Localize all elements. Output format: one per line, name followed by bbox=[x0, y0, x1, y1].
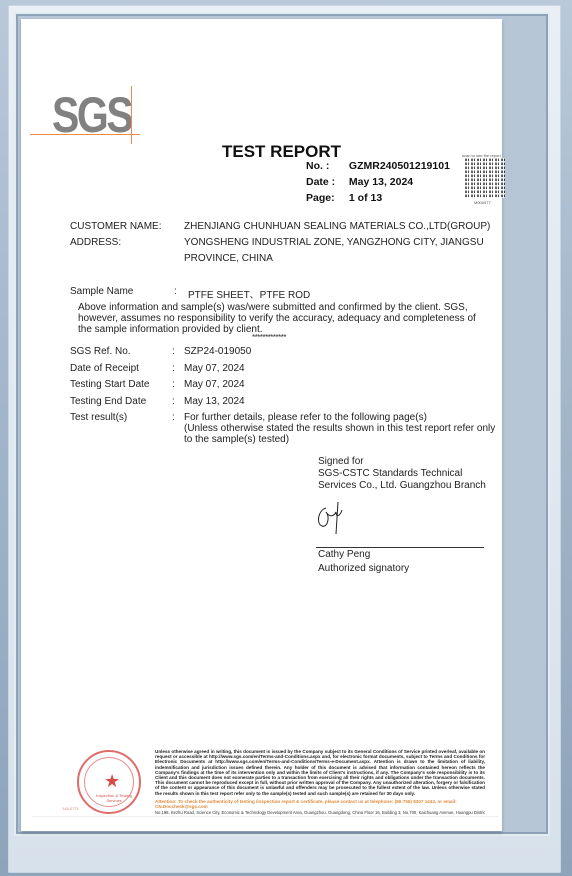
test-results-line-3: to the sample(s) tested) bbox=[184, 434, 289, 446]
report-date-label: Date : bbox=[306, 176, 346, 188]
test-results-label: Test result(s) bbox=[70, 412, 127, 423]
footer-divider bbox=[32, 816, 498, 817]
report-date-value: May 13, 2024 bbox=[349, 176, 413, 188]
star-icon: ★ bbox=[104, 772, 120, 790]
testing-start-value: May 07, 2024 bbox=[184, 379, 245, 391]
signer-title: Authorized signatory bbox=[318, 562, 409, 576]
authenticity-notice: Attention: To check the authenticity of … bbox=[155, 799, 485, 809]
sgs-ref-value: SZP24-019050 bbox=[184, 346, 251, 358]
sgs-ref-label: SGS Ref. No. bbox=[70, 346, 131, 357]
report-number-label: No. : bbox=[306, 160, 346, 172]
address-line-2: PROVINCE, CHINA bbox=[184, 253, 273, 264]
address-line-1: YONGSHENG INDUSTRIAL ZONE, YANGZHONG CIT… bbox=[184, 237, 484, 248]
sgs-logo-text: SGS bbox=[52, 90, 131, 140]
report-number-value: GZMR240501219101 bbox=[349, 160, 450, 172]
qr-id: M000077 bbox=[474, 200, 491, 205]
handwritten-signature bbox=[314, 498, 354, 536]
official-seal-stamp: ★ Inspection & Testing Services bbox=[77, 750, 141, 814]
testing-end-label: Testing End Date bbox=[70, 396, 146, 407]
field-colon: : bbox=[172, 412, 175, 423]
legal-disclaimer: Unless otherwise agreed in writing, this… bbox=[155, 749, 485, 796]
report-page-value: 1 of 13 bbox=[349, 192, 382, 204]
report-title: TEST REPORT bbox=[222, 142, 341, 162]
sample-name-colon: : bbox=[174, 286, 177, 297]
testing-start-label: Testing Start Date bbox=[70, 379, 149, 390]
separator-stars: ************* bbox=[252, 333, 286, 342]
date-of-receipt-label: Date of Receipt bbox=[70, 363, 139, 374]
seal-inner-ring: ★ Inspection & Testing Services bbox=[84, 757, 134, 807]
seal-number: 148-0771 bbox=[62, 806, 79, 811]
field-colon: : bbox=[172, 396, 175, 407]
field-colon: : bbox=[172, 379, 175, 390]
signer-block: Cathy Peng Authorized signatory bbox=[318, 548, 409, 576]
report-date: Date : May 13, 2024 bbox=[306, 176, 413, 188]
report-number: No. : GZMR240501219101 bbox=[306, 160, 450, 172]
signed-for-label: Signed for bbox=[318, 456, 486, 468]
logo-crosshair-horizontal bbox=[30, 134, 140, 135]
signing-company-line-2: Services Co., Ltd. Guangzhou Branch bbox=[318, 480, 486, 492]
company-address-footer: No.198, Kezhu Road, Science City, Econom… bbox=[155, 810, 485, 815]
customer-name-label: CUSTOMER NAME: bbox=[70, 221, 162, 232]
logo-crosshair-vertical bbox=[131, 86, 132, 144]
sgs-logo: SGS bbox=[30, 90, 140, 148]
report-page-label: Page: bbox=[306, 192, 346, 204]
sample-name-label: Sample Name bbox=[70, 286, 133, 297]
report-page-count: Page: 1 of 13 bbox=[306, 192, 382, 204]
sample-name-value: PTFE SHEET、PTFE ROD bbox=[188, 286, 310, 301]
qr-code-icon[interactable] bbox=[465, 158, 505, 198]
field-colon: : bbox=[172, 363, 175, 374]
customer-name-value: ZHENJIANG CHUNHUAN SEALING MATERIALS CO.… bbox=[184, 221, 490, 232]
field-colon: : bbox=[172, 346, 175, 357]
seal-text: Inspection & Testing Services bbox=[94, 793, 134, 803]
signing-company-line-1: SGS-CSTC Standards Technical bbox=[318, 468, 486, 480]
sample-notice: Above information and sample(s) was/were… bbox=[78, 302, 490, 335]
date-of-receipt-value: May 07, 2024 bbox=[184, 363, 245, 375]
address-label: ADDRESS: bbox=[70, 237, 121, 248]
signed-for-block: Signed for SGS-CSTC Standards Technical … bbox=[318, 456, 486, 492]
testing-end-value: May 13, 2024 bbox=[184, 396, 245, 408]
signer-name: Cathy Peng bbox=[318, 548, 409, 562]
